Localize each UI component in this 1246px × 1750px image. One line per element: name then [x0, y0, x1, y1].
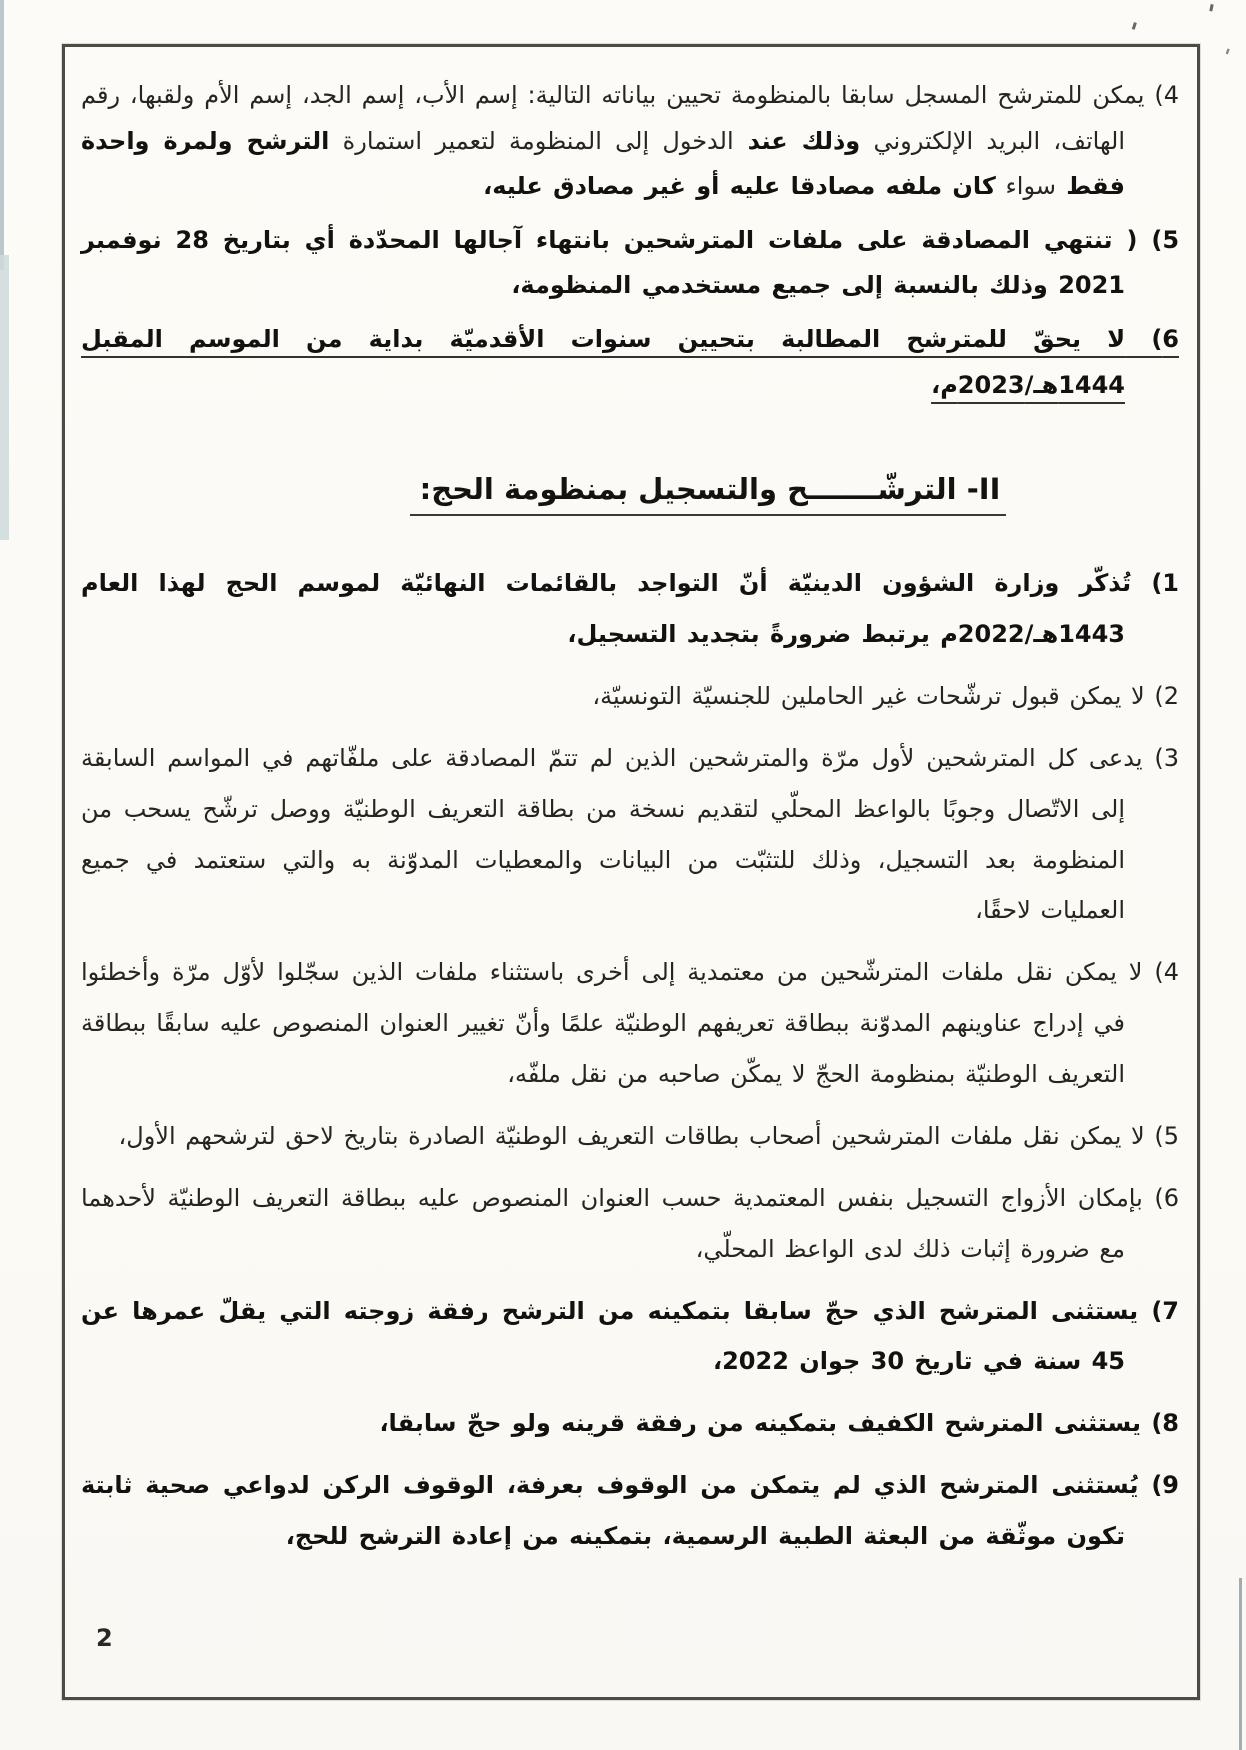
scan-edge-artifact — [0, 255, 9, 540]
item-number: 8) — [1141, 1409, 1179, 1437]
list-item: 2) لا يمكن قبول ترشّحات غير الحاملين للج… — [81, 671, 1179, 722]
section-marker: II- — [967, 472, 1001, 506]
text-segment: يستثنى المترشح الذي حجّ سابقا بتمكينه من… — [81, 1297, 1138, 1376]
page-border-frame: 4) يمكن للمترشح المسجل سابقا بالمنظومة ت… — [62, 44, 1200, 1700]
item-number: 6) — [1125, 325, 1179, 353]
list-item: 7) يستثنى المترشح الذي حجّ سابقا بتمكينه… — [81, 1286, 1179, 1388]
section-heading: II- الترشّـــــــح والتسجيل بمنظومة الحج… — [159, 472, 1246, 516]
item-number: 5) — [1137, 226, 1179, 254]
list-registration-items: 1) تُذكّر وزارة الشؤون الدينيّة أنّ التو… — [81, 558, 1179, 1562]
item-number: 2) — [1145, 682, 1179, 710]
text-segment: لا يمكن قبول ترشّحات غير الحاملين للجنسي… — [592, 682, 1144, 710]
list-item: 5) ( تنتهي المصادقة على ملفات المترشحين … — [81, 218, 1179, 309]
text-segment: لا يمكن نقل ملفات المترشحين أصحاب بطاقات… — [119, 1122, 1145, 1150]
item-number: 7) — [1138, 1297, 1179, 1325]
list-item: 3) يدعى كل المترشحين لأول مرّة والمترشحي… — [81, 733, 1179, 937]
scan-speck: ' — [1203, 1, 1216, 28]
list-item: 6) بإمكان الأزواج التسجيل بنفس المعتمدية… — [81, 1173, 1179, 1275]
text-segment: بإمكان الأزواج التسجيل بنفس المعتمدية حس… — [81, 1184, 1143, 1263]
section-heading-underline: II- الترشّـــــــح والتسجيل بمنظومة الحج… — [410, 472, 1007, 516]
scanned-document-page: ' ' ' 4) يمكن للمترشح المسجل سابقا بالمن… — [0, 0, 1246, 1750]
text-segment: تُذكّر وزارة الشؤون الدينيّة أنّ التواجد… — [81, 569, 1131, 648]
text-segment: يستثنى المترشح الكفيف بتمكينه من رفقة قر… — [379, 1409, 1141, 1437]
item-number: 5) — [1145, 1122, 1179, 1150]
text-segment: الدخول إلى المنظومة لتعمير استمارة — [329, 127, 733, 155]
item-number: 4) — [1142, 958, 1179, 986]
item-number: 4) — [1144, 81, 1179, 109]
scan-speck: ' — [1124, 19, 1140, 46]
section-title: الترشّـــــــح والتسجيل بمنظومة الحج: — [420, 472, 957, 506]
scan-edge-artifact — [1239, 1578, 1242, 1750]
text-segment: يُستثنى المترشح الذي لم يتمكن من الوقوف … — [81, 1471, 1138, 1550]
scan-speck: ' — [1220, 46, 1233, 67]
text-segment: سواء — [996, 172, 1056, 200]
list-continued-items: 4) يمكن للمترشح المسجل سابقا بالمنظومة ت… — [81, 73, 1179, 408]
list-item: 4) لا يمكن نقل ملفات المترشّحين من معتمد… — [81, 947, 1179, 1100]
text-segment: كان ملفه مصادقا عليه أو غير مصادق عليه، — [483, 172, 996, 200]
list-item: 6) لا يحقّ للمترشح المطالبة بتحيين سنوات… — [81, 317, 1179, 408]
list-item: 1) تُذكّر وزارة الشؤون الدينيّة أنّ التو… — [81, 558, 1179, 660]
scan-edge-artifact — [0, 0, 4, 270]
list-item: 9) يُستثنى المترشح الذي لم يتمكن من الوق… — [81, 1460, 1179, 1562]
item-number: 9) — [1138, 1471, 1179, 1499]
text-segment: يدعى كل المترشحين لأول مرّة والمترشحين ا… — [81, 744, 1143, 925]
list-item: 8) يستثنى المترشح الكفيف بتمكينه من رفقة… — [81, 1398, 1179, 1449]
text-segment: ( تنتهي المصادقة على ملفات المترشحين بان… — [81, 226, 1137, 300]
text-segment: لا يمكن نقل ملفات المترشّحين من معتمدية … — [81, 958, 1142, 1088]
item-number: 6) — [1143, 1184, 1179, 1212]
list-item: 4) يمكن للمترشح المسجل سابقا بالمنظومة ت… — [81, 73, 1179, 210]
text-segment: وذلك عند — [734, 127, 861, 155]
item-number: 3) — [1143, 744, 1179, 772]
list-item: 5) لا يمكن نقل ملفات المترشحين أصحاب بطا… — [81, 1111, 1179, 1162]
item-number: 1) — [1131, 569, 1179, 597]
text-segment: لا يحقّ للمترشح المطالبة بتحيين سنوات ال… — [81, 325, 1125, 399]
page-number: 2 — [96, 1624, 113, 1652]
